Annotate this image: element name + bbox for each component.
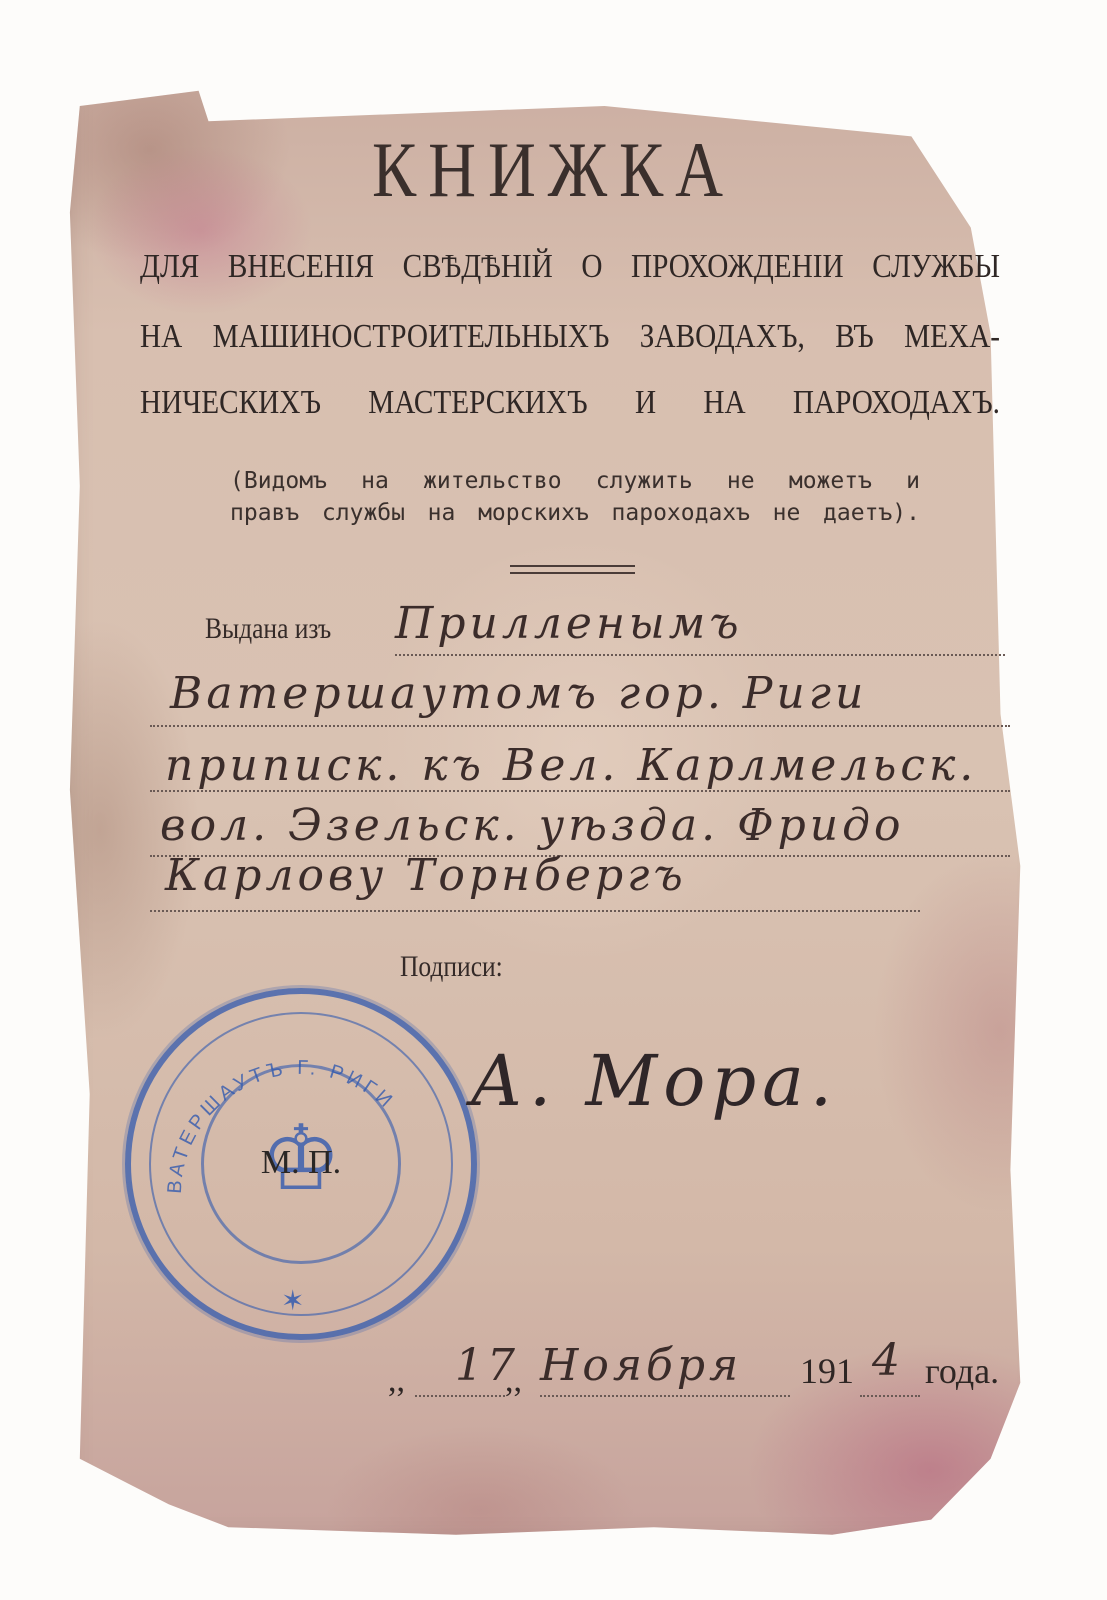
signature: А. Мора.	[470, 1040, 838, 1122]
official-stamp: ВАТЕРШАУТЪ Г. РИГИ ♔ М. П. ✶	[125, 988, 477, 1340]
date-close-quote: ,,	[505, 1362, 522, 1400]
star-icon: ✶	[281, 1284, 304, 1317]
dotted-line-2	[150, 725, 1010, 727]
date-year-word: года.	[925, 1350, 999, 1392]
date-open-quote: ,,	[388, 1362, 405, 1400]
subtitle-line-3: НИЧЕСКИХЪ МАСТЕРСКИХЪ И НА ПАРОХОДАХЪ.	[140, 384, 1000, 422]
date-year-suffix: 4	[872, 1335, 904, 1386]
date-year-prefix: 191	[800, 1350, 854, 1392]
issued-line-5: Карлову Торнбергъ	[165, 850, 687, 901]
issued-line-1: Прилленымъ	[395, 598, 743, 649]
dotted-line-5	[150, 910, 920, 912]
divider-top	[510, 565, 635, 567]
issued-line-4: вол. Эзельск. уѣзда. Фридо	[160, 800, 905, 851]
subtitle-line-2: НА МАШИНОСТРОИТЕЛЬНЫХЪ ЗАВОДАХЪ, ВЪ МЕХА…	[140, 318, 1000, 356]
issued-line-2: Ватершаутомъ гор. Риги	[170, 668, 867, 719]
signatures-label: Подписи:	[400, 950, 503, 984]
date-month-line	[540, 1395, 790, 1397]
date-year-line	[860, 1395, 920, 1397]
issued-line-3: приписк. къ Вел. Карлмельск.	[165, 740, 977, 791]
date-day-line	[415, 1395, 505, 1397]
document-title: КНИЖКА	[83, 125, 1024, 215]
stamp-place-label: М. П.	[131, 1144, 471, 1182]
divider-bottom	[510, 572, 635, 574]
date-month: Ноября	[540, 1340, 742, 1391]
subtitle-line-1: ДЛЯ ВНЕСЕНІЯ СВѢДѢНІЙ О ПРОХОЖДЕНІИ СЛУЖ…	[140, 248, 1000, 286]
issued-label: Выдана изъ	[205, 612, 331, 646]
note-line-2: правъ службы на морскихъ пароходахъ не д…	[230, 500, 920, 526]
note-line-1: (Видомъ на жительство служить не можетъ …	[230, 468, 920, 494]
dotted-line-1	[395, 654, 1005, 656]
dotted-line-3	[150, 790, 1010, 792]
